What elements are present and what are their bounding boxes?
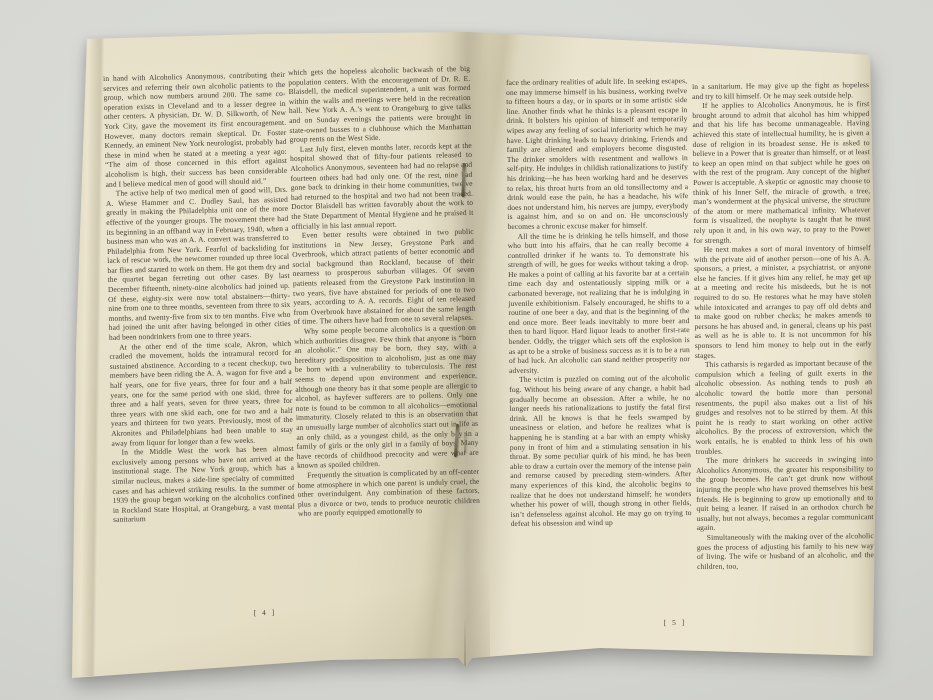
paragraph: If he applies to Alcoholics Anonymous, h… (692, 99, 870, 245)
staple-bottom-leg (464, 432, 466, 453)
paragraph: This catharsis is regarded as important … (695, 358, 873, 456)
page-5-column-2: in a sanitarium. He may give up the figh… (692, 80, 874, 571)
page-5-column-1: face the ordinary realities of adult lif… (506, 76, 692, 529)
paragraph: At the other end of the time scale, Akro… (109, 338, 293, 448)
paragraph: The active help of two medical men of go… (106, 185, 291, 343)
paragraph: in hand with Alcoholics Anonymous, contr… (103, 70, 288, 189)
paragraph: He next makes a sort of moral inventory … (694, 243, 872, 360)
paragraph: In the Middle West the work has been alm… (111, 444, 295, 525)
paragraph: Why some people become alcoholics is a q… (294, 323, 479, 471)
page-4-column-2: which gets the hopeless alcoholic backwa… (288, 64, 480, 519)
booklet-spread: in hand with Alcoholics Anonymous, contr… (60, 28, 878, 678)
paragraph: Simultaneously with the making over of t… (697, 531, 874, 571)
photo-background: in hand with Alcoholics Anonymous, contr… (0, 0, 933, 700)
paragraph: The victim is puzzled on coming out of t… (509, 373, 692, 528)
paragraph: All the time he is drinking he tells him… (508, 230, 690, 376)
paragraph: which gets the hopeless alcoholic backwa… (288, 64, 472, 145)
paragraph: Last July first, eleven months later, re… (290, 141, 474, 231)
page-5-number: [ 5 ] (615, 617, 735, 627)
paragraph: in a sanitarium. He may give up the figh… (692, 80, 869, 101)
page-shading (60, 568, 490, 678)
booklet: in hand with Alcoholics Anonymous, contr… (60, 28, 878, 678)
page-4-column-1: in hand with Alcoholics Anonymous, contr… (103, 70, 295, 525)
fold-crease (464, 618, 466, 676)
paragraph: face the ordinary realities of adult lif… (506, 76, 689, 231)
paragraph: The more drinkers he succeeds in swingin… (696, 454, 874, 533)
paragraph: Even better results were obtained in two… (292, 227, 476, 327)
paragraph: Frequently the situation is complicated … (297, 467, 480, 519)
